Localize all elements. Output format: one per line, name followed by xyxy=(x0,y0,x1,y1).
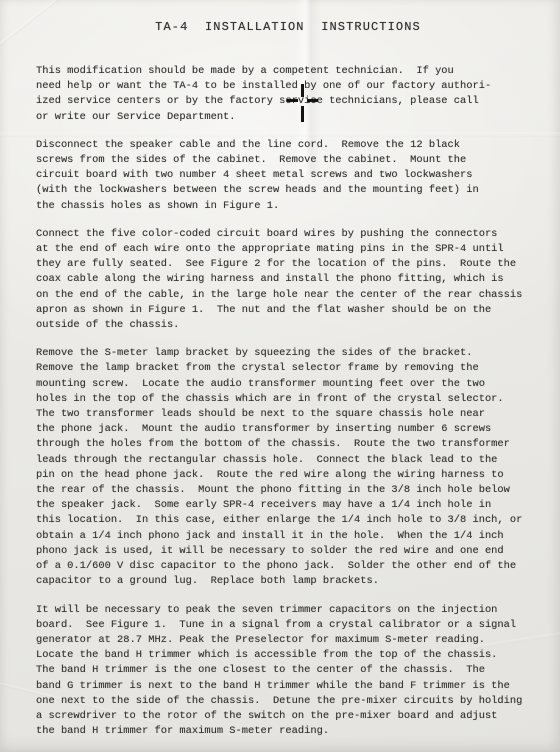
crosshair-cursor-right-bar xyxy=(307,99,318,102)
paragraph-cabinet-mounting: Disconnect the speaker cable and the lin… xyxy=(36,138,540,214)
paragraph-wiring: Connect the five color-coded circuit boa… xyxy=(36,227,540,333)
paragraph-intro: This modification should be made by a co… xyxy=(36,64,540,125)
crosshair-cursor-top-bar xyxy=(301,84,304,97)
document-title: TA-4 INSTALLATION INSTRUCTIONS xyxy=(36,20,540,34)
paragraph-trimmer-alignment: It will be necessary to peak the seven t… xyxy=(36,603,540,740)
crosshair-cursor-bottom-bar xyxy=(301,106,304,122)
paragraph-transformer-phono: Remove the S-meter lamp bracket by squee… xyxy=(36,346,540,589)
document-body: TA-4 INSTALLATION INSTRUCTIONS This modi… xyxy=(0,0,560,739)
scanned-document-page: TA-4 INSTALLATION INSTRUCTIONS This modi… xyxy=(0,0,560,752)
crosshair-cursor-left-bar xyxy=(287,99,298,102)
